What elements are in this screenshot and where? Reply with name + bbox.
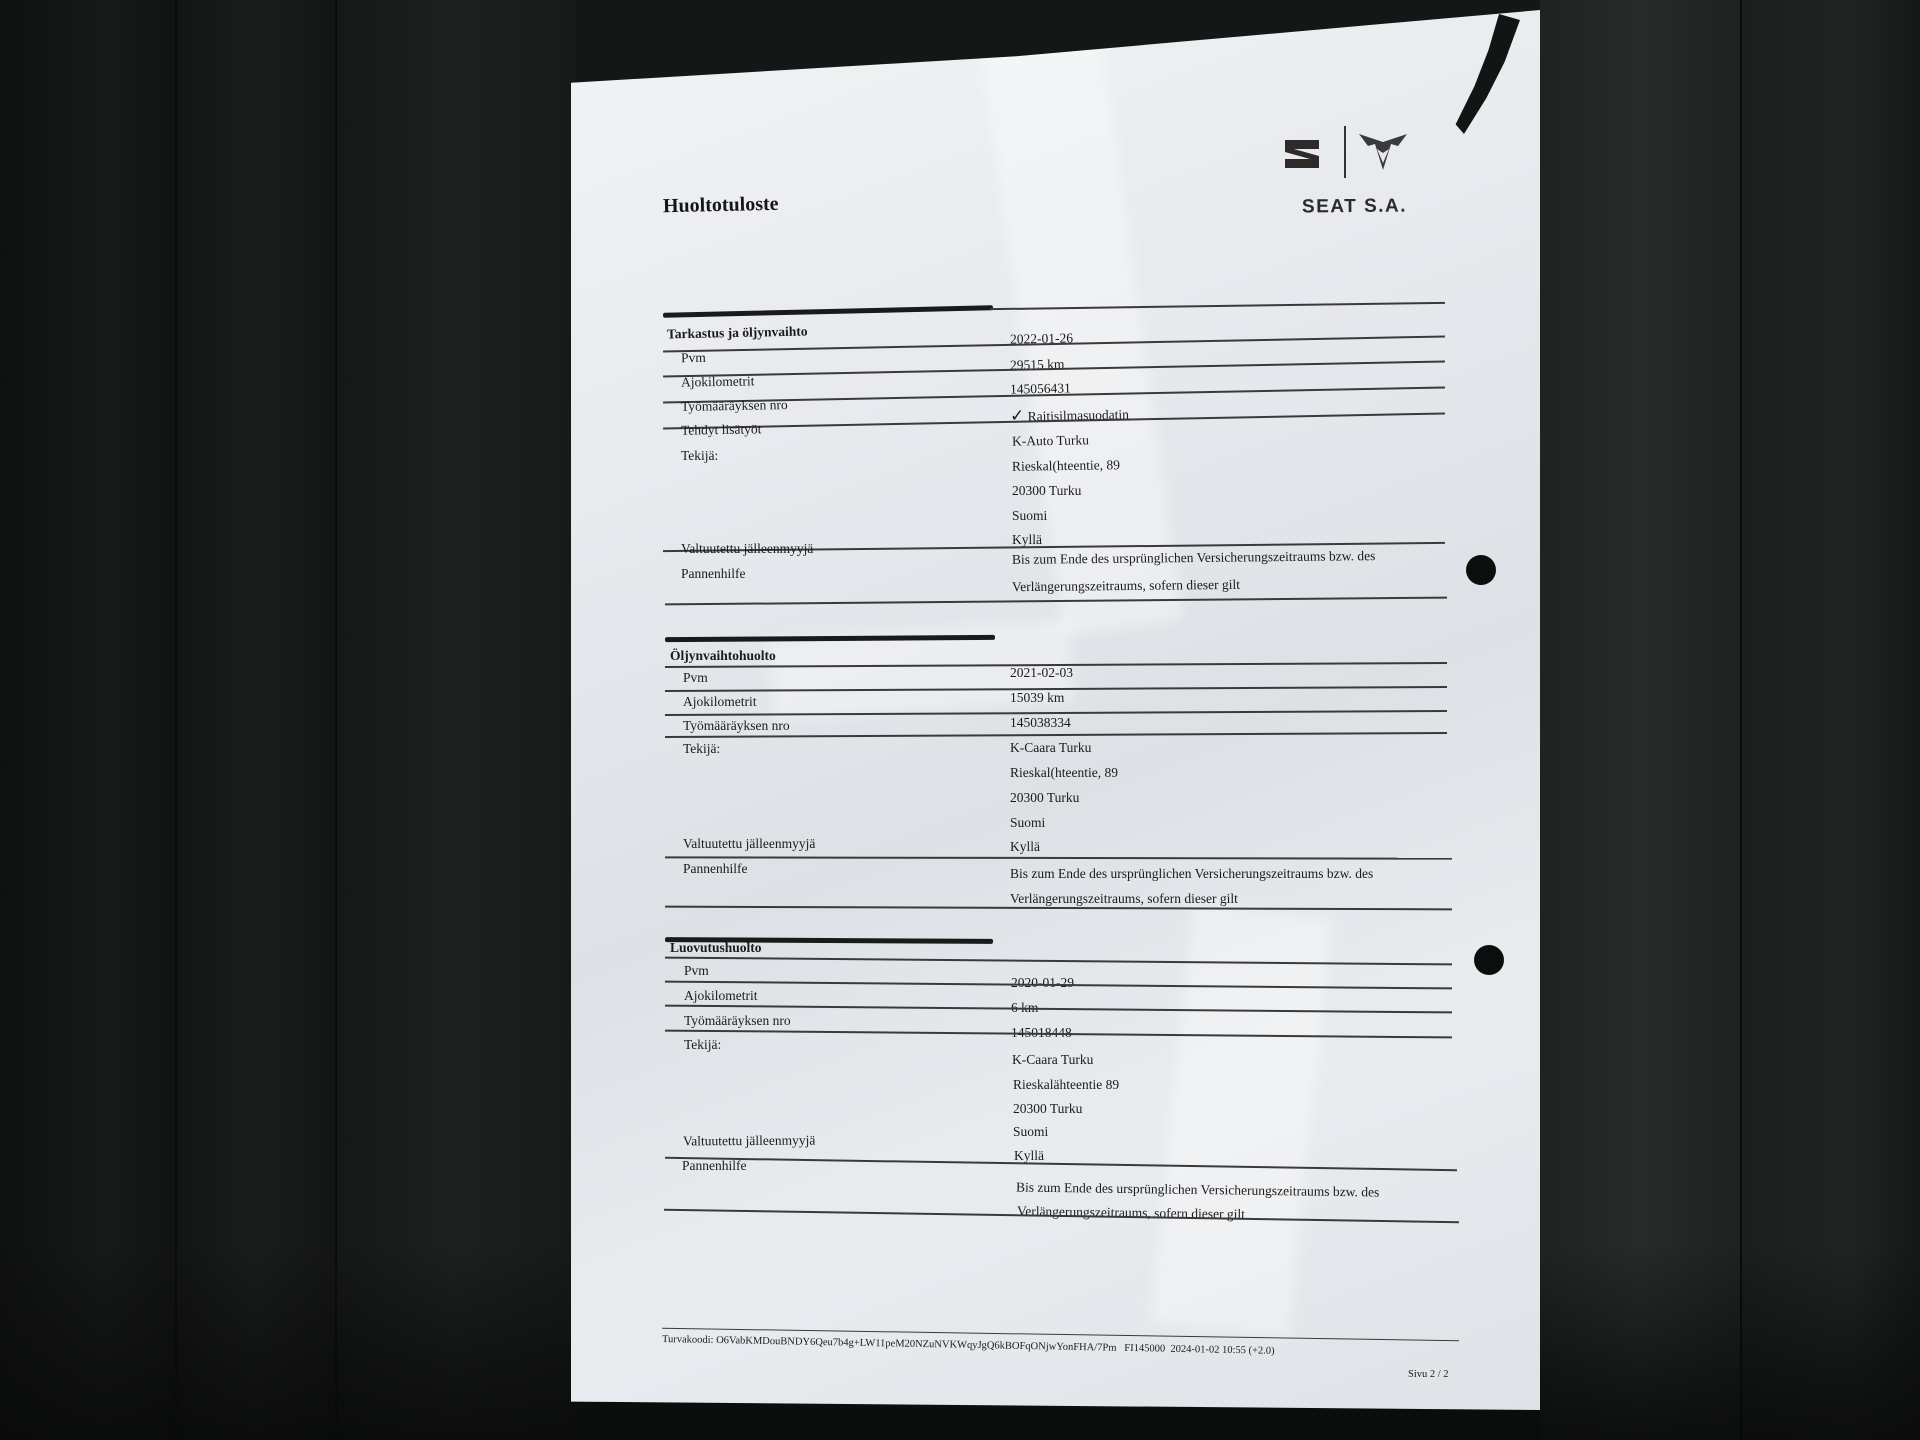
- document-title: Huoltotuloste: [663, 193, 779, 218]
- label-mileage: Ajokilometrit: [684, 988, 758, 1004]
- label-authorized-dealer: Valtuutettu jälleenmyyjä: [683, 1133, 815, 1150]
- punch-hole: [1474, 945, 1504, 975]
- check-icon: ✓: [1010, 406, 1025, 425]
- value-performer-line: Rieskal(hteentie, 89: [1012, 457, 1120, 475]
- section-heading: Tarkastus ja öljynvaihto: [667, 324, 808, 343]
- cupra-logo-icon: [1358, 132, 1408, 179]
- value-authorized-dealer: Kyllä: [1010, 839, 1040, 855]
- dealer-code: FI145000: [1124, 1343, 1165, 1355]
- label-date: Pvm: [681, 350, 706, 366]
- label-date: Pvm: [684, 963, 709, 979]
- value-performer-line: Suomi: [1013, 1124, 1048, 1140]
- value-performer-line: K-Auto Turku: [1012, 432, 1089, 449]
- section-heading: Öljynvaihtohuolto: [670, 648, 776, 664]
- value-breakdown-line: Verlängerungszeitraums, sofern dieser gi…: [1012, 577, 1240, 595]
- value-date: 2021-02-03: [1010, 665, 1073, 681]
- value-performer-line: 20300 Turku: [1013, 1101, 1082, 1117]
- value-performer-line: Rieskal(hteentie, 89: [1010, 765, 1118, 781]
- value-performer-line: Suomi: [1012, 508, 1047, 524]
- value-performer-line: 20300 Turku: [1012, 483, 1081, 499]
- label-performer: Tekijä:: [683, 741, 720, 757]
- label-mileage: Ajokilometrit: [681, 373, 755, 390]
- value-mileage: 15039 km: [1010, 690, 1064, 706]
- seat-panel: [335, 0, 575, 1440]
- value-work-order: 145038334: [1010, 715, 1071, 731]
- label-work-order: Työmääräyksen nro: [684, 1013, 791, 1029]
- label-work-order: Työmääräyksen nro: [681, 397, 788, 415]
- label-performer: Tekijä:: [684, 1037, 721, 1053]
- brand-name: SEAT S.A.: [1302, 196, 1407, 219]
- label-extra-work: Tehdyt lisätyöt: [681, 421, 762, 438]
- logo-divider: [1344, 126, 1346, 178]
- label-authorized-dealer: Valtuutettu jälleenmyyjä: [681, 541, 813, 557]
- print-timestamp: 2024-01-02 10:55 (+2.0): [1170, 1344, 1274, 1357]
- seat-panel: [175, 0, 335, 1440]
- label-date: Pvm: [683, 670, 708, 686]
- seat-seam: [1740, 0, 1742, 1440]
- label-work-order: Työmääräyksen nro: [683, 718, 790, 734]
- seat-panel: [0, 0, 175, 1440]
- label-breakdown: Pannenhilfe: [683, 861, 747, 877]
- label-authorized-dealer: Valtuutettu jälleenmyyjä: [683, 836, 815, 852]
- value-extra-work: ✓ Raitisilmasuodatin: [1010, 404, 1129, 426]
- label-breakdown: Pannenhilfe: [681, 566, 745, 582]
- label-mileage: Ajokilometrit: [683, 694, 757, 710]
- seat-seam: [175, 0, 177, 1440]
- page-number: Sivu 2 / 2: [1408, 1369, 1449, 1380]
- value-breakdown-line: Verlängerungszeitraums, sofern dieser gi…: [1010, 891, 1238, 907]
- value-performer-line: Suomi: [1010, 815, 1045, 831]
- seat-logo-icon: [1282, 136, 1322, 177]
- value-performer-line: 20300 Turku: [1010, 790, 1079, 806]
- label-breakdown: Pannenhilfe: [682, 1158, 746, 1174]
- value-performer-line: Rieskalähteentie 89: [1013, 1077, 1119, 1093]
- value-breakdown-line: Verlängerungszeitraums, sofern dieser gi…: [1017, 1203, 1245, 1222]
- value-breakdown-line: Bis zum Ende des ursprünglichen Versiche…: [1010, 866, 1373, 882]
- punch-hole: [1466, 555, 1496, 585]
- value-performer-line: K-Caara Turku: [1010, 740, 1091, 756]
- seat-seam: [335, 0, 337, 1440]
- label-performer: Tekijä:: [681, 448, 718, 464]
- seat-panel: [1540, 0, 1740, 1440]
- value-mileage: 29515 km: [1010, 356, 1065, 373]
- section-heading: Luovutushuolto: [670, 940, 762, 956]
- seat-panel: [1740, 0, 1920, 1440]
- value-performer-line: K-Caara Turku: [1012, 1052, 1093, 1068]
